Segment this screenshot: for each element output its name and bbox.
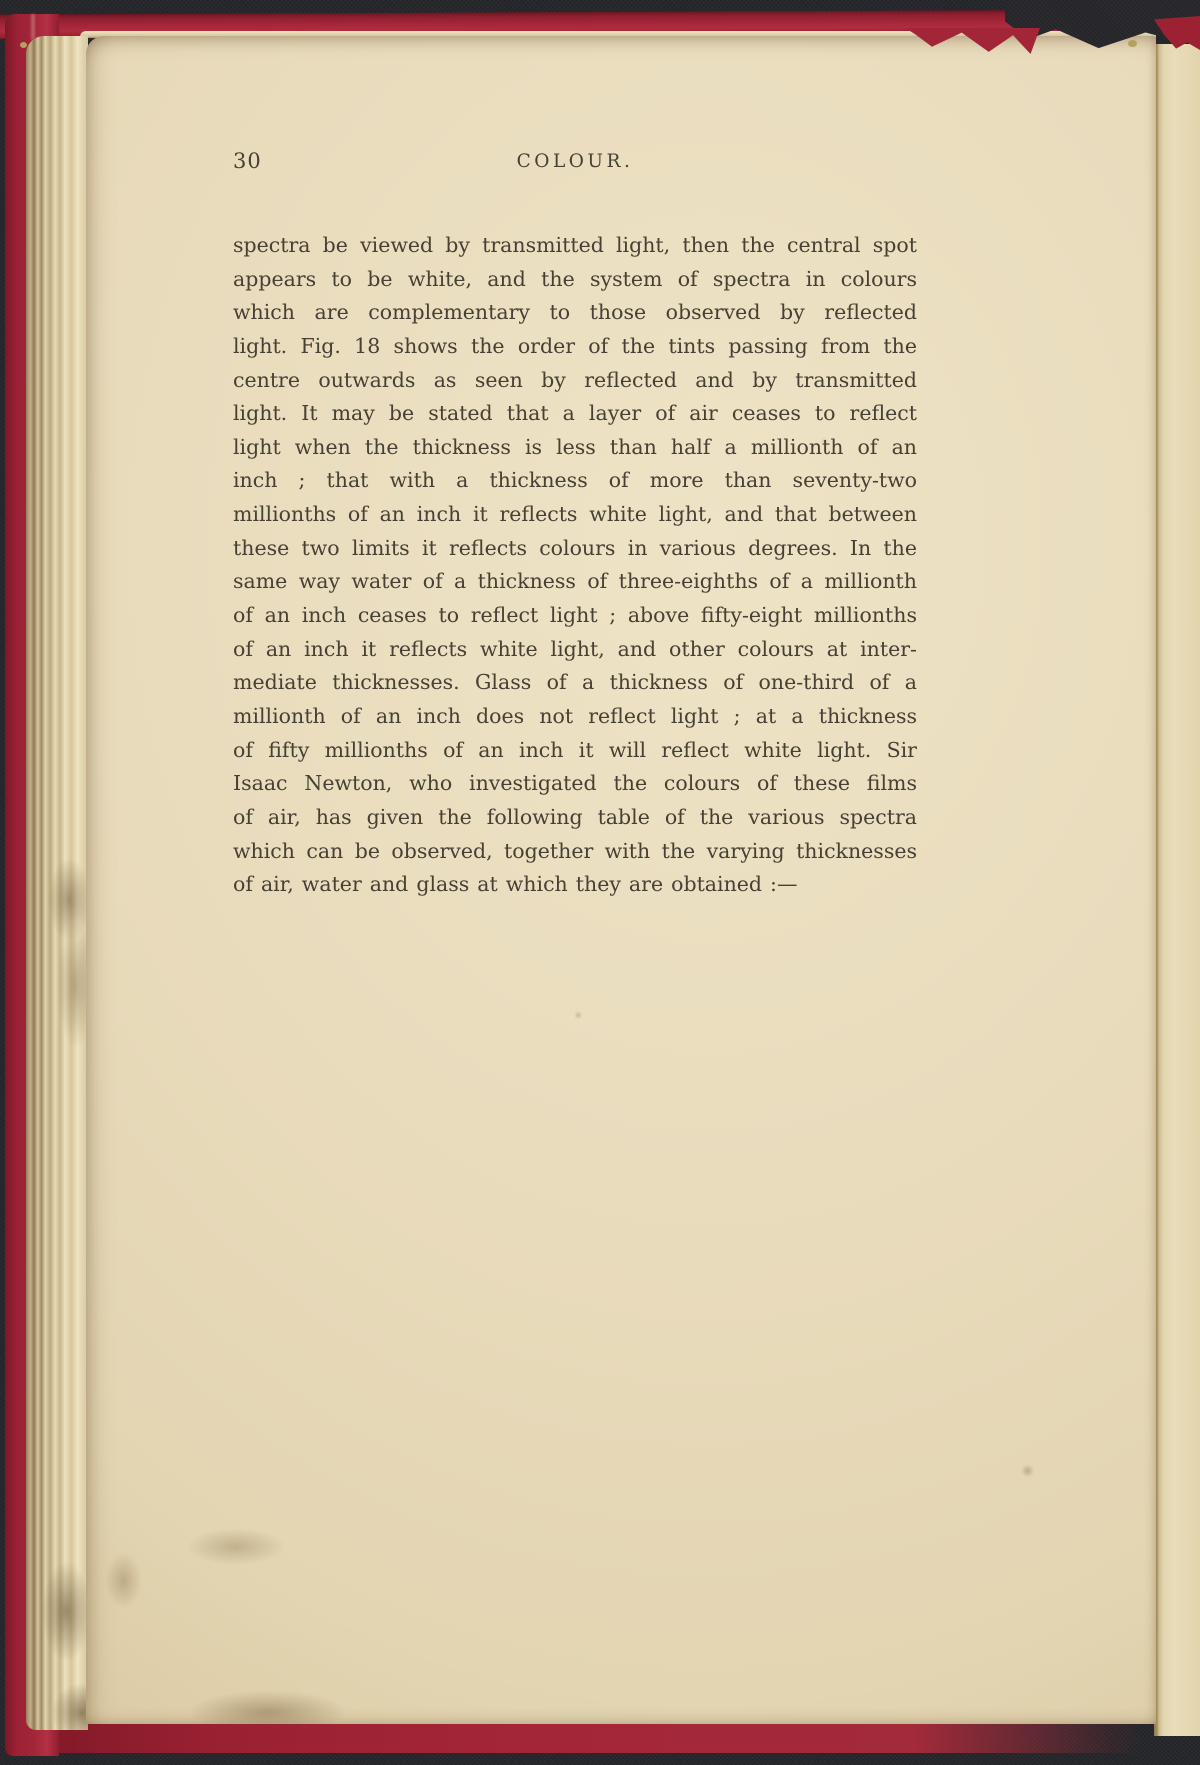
text-line: same way water of a thickness of three-e… (233, 565, 917, 599)
body-text: spectra be viewed by transmitted light, … (233, 229, 917, 902)
text-line: which are complementary to those observe… (233, 296, 917, 330)
text-line: centre outwards as seen by reflected and… (233, 364, 917, 398)
text-line: Isaac Newton, who investigated the colou… (233, 767, 917, 801)
text-line: which can be observed, together with the… (233, 835, 917, 869)
book-cover-bottom-edge (16, 1724, 1166, 1753)
text-line: appears to be white, and the system of s… (233, 263, 917, 297)
text-line: of air, water and glass at which they ar… (233, 868, 917, 902)
text-line: mediate thicknesses. Glass of a thicknes… (233, 666, 917, 700)
page-stack-edges (26, 36, 88, 1730)
text-line: light when the thickness is less than ha… (233, 431, 917, 465)
text-line: these two limits it reflects colours in … (233, 532, 917, 566)
scanned-book-photo: 30 COLOUR. spectra be viewed by transmit… (0, 0, 1200, 1765)
text-line: millionth of an inch does not reflect li… (233, 700, 917, 734)
text-line: of an inch ceases to reflect light ; abo… (233, 599, 917, 633)
text-line: millionths of an inch it reflects white … (233, 498, 917, 532)
text-line: light. It may be stated that a layer of … (233, 397, 917, 431)
text-line: inch ; that with a thickness of more tha… (233, 464, 917, 498)
text-line: of air, has given the following table of… (233, 801, 917, 835)
text-line: of fifty millionths of an inch it will r… (233, 734, 917, 768)
debris-speck (20, 42, 27, 48)
page-header: 30 COLOUR. (233, 148, 917, 180)
debris-speck (1128, 40, 1137, 47)
book-page: 30 COLOUR. spectra be viewed by transmit… (86, 36, 1156, 1724)
running-header: COLOUR. (233, 151, 917, 172)
text-line: of an inch it reflects white light, and … (233, 633, 917, 667)
next-page-edge (1154, 44, 1200, 1736)
text-line: spectra be viewed by transmitted light, … (233, 229, 917, 263)
text-line: light. Fig. 18 shows the order of the ti… (233, 330, 917, 364)
